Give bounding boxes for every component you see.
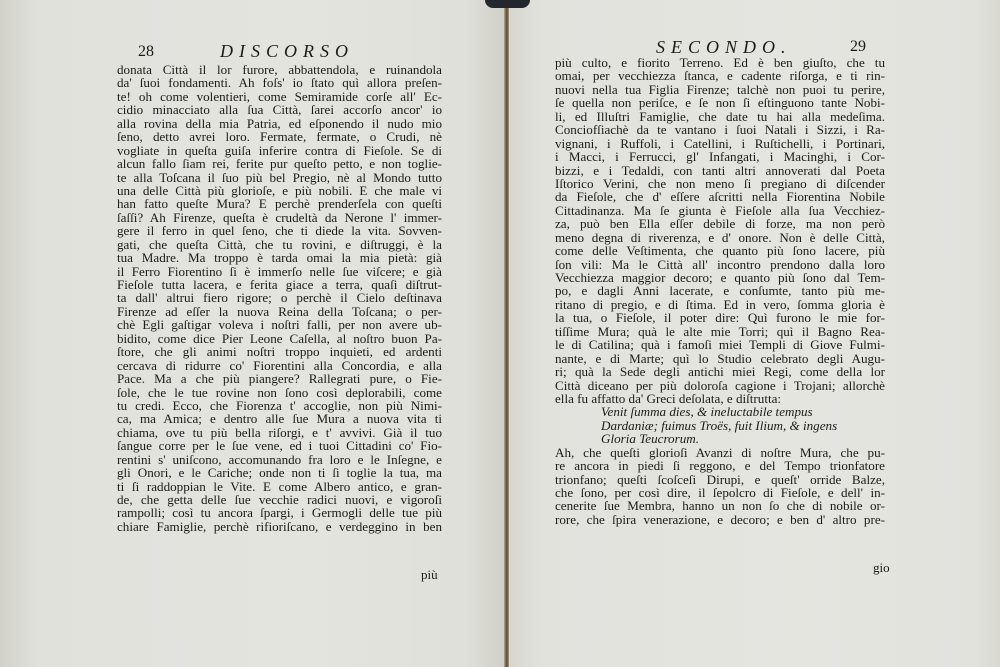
text-line: meno degna di riverenza, e d' onore. Non… [555, 231, 885, 244]
text-line: ca, ma Amica; e dentro alle ſue Mura a n… [117, 412, 442, 425]
text-line: Vecchiezza maggior decoro; e quanto più … [555, 271, 885, 284]
text-line: da Fieſole, che d' eſſere aſcritti nella… [555, 190, 885, 203]
text-line: li, ed Illuſtri Famiglie, che date tu ha… [555, 110, 885, 123]
text-line: ri; quà la Sede degli antichi miei Regi,… [555, 365, 885, 378]
catchword-left: più [421, 567, 438, 583]
text-line: rore, che ſpira venerazione, e decoro; e… [555, 513, 885, 526]
text-line: da' ſuoi fondamenti. Ah foſs' io ſtato q… [117, 76, 442, 89]
text-line: il Ferro Fiorentino ſi è immerſo nelle ſ… [117, 265, 442, 278]
text-line: la tua, o Fieſole, il poter dire: Quì fu… [555, 311, 885, 324]
text-line: come delle Veſtimenta, che quanto più ſo… [555, 244, 885, 257]
text-line: chè Egli gaſtigar voleva i noſtri falli,… [117, 318, 442, 331]
text-line: cenerite ſue Membra, hanno un non ſo che… [555, 499, 885, 512]
text-line: ta dall' altrui fiero rigore; o perchè i… [117, 291, 442, 304]
text-line: ſeno, detto avrei loro. Fermate, fermate… [117, 130, 442, 143]
right-page: SECONDO. 29 più culto, e fiorito Terreno… [510, 0, 1000, 667]
text-line: han fatto queſte Mura? E perchè prenderſ… [117, 197, 442, 210]
text-line: bidito, come dice Pier Leone Caſella, al… [117, 332, 442, 345]
text-line: tiſſime Mura; quà le alte mie Torri; quì… [555, 325, 885, 338]
text-line: te! oh come volentieri, come Semiramide … [117, 90, 442, 103]
text-line: vogliate in queſta guiſa inferire contra… [117, 144, 442, 157]
text-line: ſe quella non periſce, e ſe non ſi eſtin… [555, 96, 885, 109]
text-line: Fieſole tutta lacera, e ferita giace a t… [117, 278, 442, 291]
text-line: Città diceano per più doloroſa cagione i… [555, 379, 885, 392]
text-line: omai, per vecchiezza ſtanca, e cadente r… [555, 69, 885, 82]
text-line: i Macci, i Ferrucci, gl' Infangati, i Ma… [555, 150, 885, 163]
text-line: rentini s' uniſcono, accomunando fra lor… [117, 453, 442, 466]
text-line: ſole, che le tue rovine non ſono così de… [117, 386, 442, 399]
text-line: Ah, che queſti glorioſi Avanzi di noſtre… [555, 446, 885, 459]
text-line: tu credi. Ecco, che Fiorenza t' accoglie… [117, 399, 442, 412]
right-page-body: più culto, e fiorito Terreno. Ed è ben g… [555, 56, 885, 526]
text-line: re ancora in piedi ſi reggono, e del Tem… [555, 459, 885, 472]
left-page-body: donata Città il lor furore, abbattendola… [117, 63, 442, 533]
text-line: chiare Famiglie, perchè rifioriſcano, e … [117, 520, 442, 533]
text-line: donata Città il lor furore, abbattendola… [117, 63, 442, 76]
text-line: tua Madre. Ma troppo è tarda omai la mia… [117, 251, 442, 264]
page-number-right: 29 [850, 38, 866, 56]
text-line: ſon vili: Ma le Città all' incontro pren… [555, 258, 885, 271]
text-line: ella fu affatto da' Greci deſolata, e di… [555, 392, 885, 405]
text-line: de, che getta delle ſue vecchie radici n… [117, 493, 442, 506]
text-line: che ſono, per così dire, il ſepolcro di … [555, 486, 885, 499]
text-line: Firenze ad eſſer la nuova Reina della To… [117, 305, 442, 318]
text-line: più culto, e fiorito Terreno. Ed è ben g… [555, 56, 885, 69]
text-line: alla rovina della mia Patria, ed eſponen… [117, 117, 442, 130]
text-line: nante, e di Marte; quì lo Studio celebra… [555, 352, 885, 365]
text-line: trionfano; queſti ſcoſceſi Dirupi, e que… [555, 473, 885, 486]
running-head-left: DISCORSO [220, 41, 354, 62]
text-line: ſaſſi? Ah Firenze, queſta è crudeltà da … [117, 211, 442, 224]
text-line: una delle Città più glorioſe, e più nobi… [117, 184, 442, 197]
text-line: po, e dagli Anni lacerate, e conſumte, t… [555, 284, 885, 297]
page-number-left: 28 [138, 43, 154, 61]
text-line: Iſtorico Verini, che non meno ſi pregian… [555, 177, 885, 190]
text-line: za, può ben Ella eſſer debile di forze, … [555, 217, 885, 230]
book-gutter [504, 8, 509, 667]
text-line: bizzi, e i Tedaldi, con tanti altri anno… [555, 164, 885, 177]
text-line: Pace. Ma a che più piangere? Rallegrati … [117, 372, 442, 385]
verse-line: Venit ſumma dies, & ineluctabile tempus [555, 405, 885, 418]
text-line: gati, che queſta Città, che tu rovini, e… [117, 238, 442, 251]
verse-line: Dardaniæ; fuimus Troës, fuit Ilium, & in… [555, 419, 885, 432]
text-line: Conciofſiachè da te vantano i ſuoi Natal… [555, 123, 885, 136]
text-line: le di Catilina; quà i famoſi miei Templi… [555, 338, 885, 351]
text-line: gere il ferro in quel ſeno, che ti diede… [117, 224, 442, 237]
text-line: ſtore, che gli animi noſtri troppo inqui… [117, 345, 442, 358]
text-line: gli Onori, e le Cariche; onde non ti ſi … [117, 466, 442, 479]
background-shadow [485, 0, 530, 8]
text-line: vignani, i Ruffoli, i Catellini, i Ruſti… [555, 137, 885, 150]
text-line: te alla Toſcana il ſuo più bel Pregio, n… [117, 171, 442, 184]
text-line: ſangue corre per le ſue vene, ed i tuoi … [117, 439, 442, 452]
text-line: ritano di pregio, e di ſtima. Ed in vero… [555, 298, 885, 311]
text-line: ti ſi raddoppian le Vite. E come Albero … [117, 480, 442, 493]
text-line: cidio minacciato alla ſua Città, ſarei a… [117, 103, 442, 116]
verse-line: Gloria Teucrorum. [555, 432, 885, 445]
text-line: nuovi nella tua Figlia Firenze; talchè n… [555, 83, 885, 96]
catchword-right: gio [873, 560, 890, 576]
text-line: Cittadinanza. Ma ſe giunta è Fieſole all… [555, 204, 885, 217]
left-page: 28 DISCORSO donata Città il lor furore, … [0, 0, 506, 667]
text-line: alcun fallo ſiam rei, ferite pur queſto … [117, 157, 442, 170]
text-line: rampolli; così tu ancora ſpargi, i Germo… [117, 506, 442, 519]
text-line: cercava di ridurre co' Fiorentini alla C… [117, 359, 442, 372]
text-line: chiama, ove tu più bella riſorgi, e t' a… [117, 426, 442, 439]
